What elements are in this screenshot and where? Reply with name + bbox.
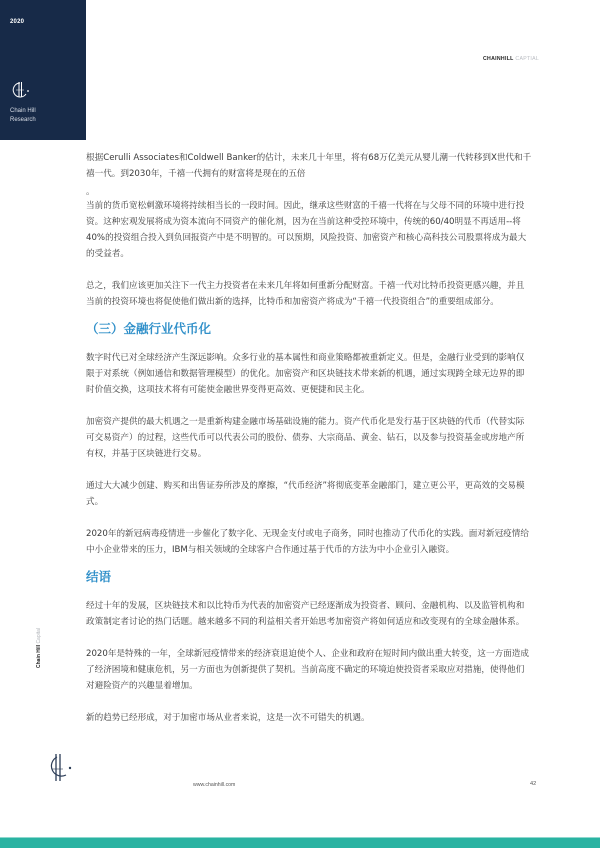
brand-header: CHAINHILL CAPTIAL (483, 56, 539, 62)
paragraph: 根据Cerulli Associates和Coldwell Banker的估计，… (86, 150, 532, 182)
document-body: 根据Cerulli Associates和Coldwell Banker的估计，… (86, 150, 532, 726)
brand-line-1: Chain Hill (10, 107, 36, 116)
paragraph-fragment: 。 (86, 186, 532, 198)
sidebar-brand-name: Chain Hill Research (10, 107, 36, 124)
paragraph: 数字时代已对全球经济产生深远影响。众多行业的基本属性和商业策略都被重新定义。但是… (86, 350, 532, 398)
sidebar-panel: 2020 Chain Hill Research (0, 0, 86, 140)
paragraph: 通过大大减少创建、购买和出售证券所涉及的摩擦，“代币经济”将彻底变革金融部门，建… (86, 478, 532, 510)
footer-website: www.chainhill.com (193, 782, 235, 788)
vertical-brand-light: Capital (36, 628, 42, 645)
footer-accent-bar (0, 838, 600, 848)
paragraph: 2020年的新冠病毒疫情进一步催化了数字化、无现金支付或电子商务，同时也推动了代… (86, 526, 532, 558)
paragraph: 当前的货币宽松刺激环境将持续相当长的一段时间。因此，继承这些财富的千禧一代将在与… (86, 198, 532, 262)
chainhill-monogram-icon (44, 751, 74, 785)
paragraph: 加密资产提供的最大机遇之一是重新构建金融市场基础设施的能力。资产代币化是发行基于… (86, 414, 532, 462)
chainhill-monogram-icon (11, 80, 31, 100)
paragraph: 经过十年的发展，区块链技术和以比特币为代表的加密资产已经逐渐成为投资者、顾问、金… (86, 598, 532, 630)
section-heading-conclusion: 结语 (86, 568, 532, 586)
report-year: 2020 (10, 19, 24, 25)
paragraph: 新的趋势已经形成，对于加密市场从业者来说，这是一次不可错失的机遇。 (86, 710, 532, 726)
brand-header-strong: CHAINHILL (483, 56, 514, 62)
section-heading-tokenization: （三）金融行业代币化 (86, 320, 532, 338)
vertical-brand-label: Chain Hill Capital (36, 628, 42, 668)
brand-header-light: CAPTIAL (514, 56, 539, 62)
vertical-brand-strong: Chain Hill (36, 645, 42, 668)
page-number: 42 (530, 781, 536, 787)
brand-line-2: Research (10, 116, 36, 125)
paragraph: 2020年是特殊的一年，全球新冠疫情带来的经济衰退迫使个人、企业和政府在短时间内… (86, 646, 532, 694)
paragraph: 总之，我们应该更加关注下一代主力投资者在未来几年将如何重新分配财富。千禧一代对比… (86, 278, 532, 310)
